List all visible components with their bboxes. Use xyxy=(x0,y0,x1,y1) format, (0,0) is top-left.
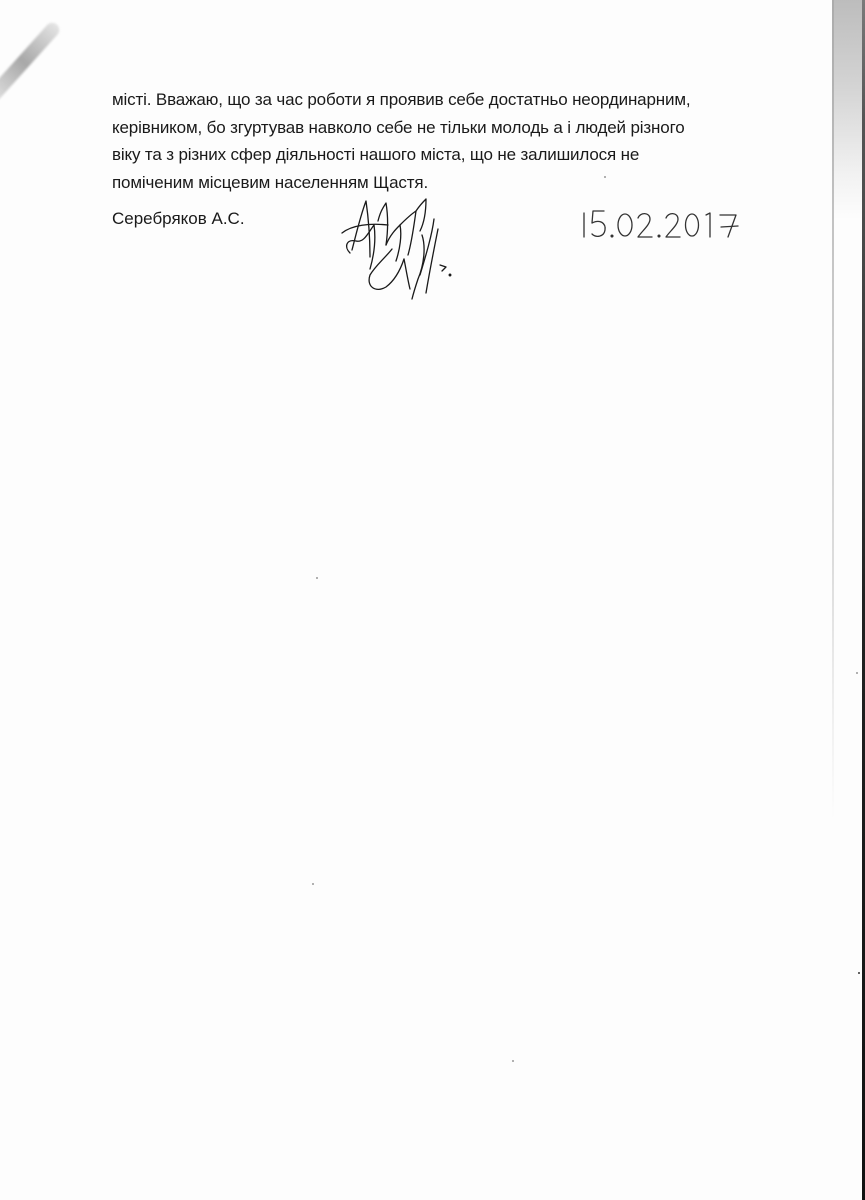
handwritten-date-icon xyxy=(580,203,760,243)
scan-speck xyxy=(856,672,858,674)
scan-speck xyxy=(312,883,314,885)
body-paragraph: місті. Вважаю, що за час роботи я прояви… xyxy=(112,86,802,196)
scan-speck xyxy=(858,972,860,974)
scan-streak-artifact xyxy=(0,20,62,104)
signature-block: Серебряков А.С. xyxy=(112,209,792,319)
paragraph-line: поміченим місцевим населенням Щастя. xyxy=(112,169,802,197)
scan-edge-shadow xyxy=(832,0,862,220)
scan-edge-fold-line xyxy=(832,0,834,820)
scan-speck xyxy=(512,1060,514,1062)
paragraph-line: місті. Вважаю, що за час роботи я прояви… xyxy=(112,86,802,114)
scan-speck xyxy=(316,577,318,579)
handwritten-signature-icon xyxy=(330,195,480,305)
paragraph-line: віку та з різних сфер діяльності нашого … xyxy=(112,141,802,169)
paragraph-line: керівником, бо згуртував навколо себе не… xyxy=(112,114,802,142)
document-page: місті. Вважаю, що за час роботи я прояви… xyxy=(0,0,865,1200)
